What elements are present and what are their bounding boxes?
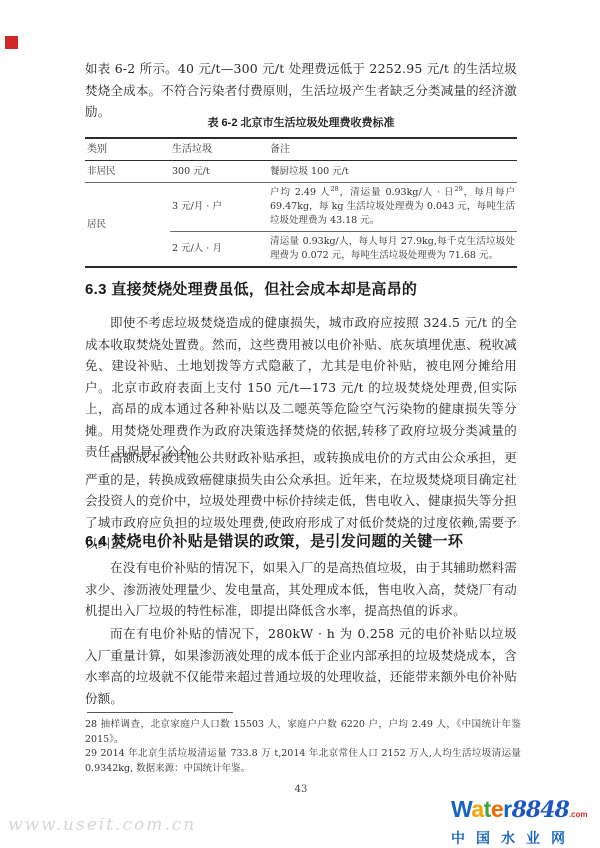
logo-letter: e [491, 796, 503, 822]
section-6-3-paragraph-1: 即使不考虑垃圾焚烧造成的健康损失，城市政府应按照 324.5 元/t 的全成本收… [85, 312, 517, 463]
logo-wordmark: Water8848.com [451, 797, 593, 827]
cell-note: 餐厨垃圾 100 元/t [268, 161, 517, 183]
document-page: 如表 6-2 所示。40 元/t—300 元/t 处理费远低于 2252.95 … [0, 0, 600, 848]
note-text: ，清运量 0.93kg/人 · 日 [339, 187, 455, 198]
watermark-useit: www.useit.com.cn [8, 815, 196, 835]
logo-letter: t [484, 796, 491, 822]
page-number: 43 [85, 784, 517, 795]
logo-tld: .com [569, 810, 588, 819]
cell-fee: 2 元/人 · 月 [170, 232, 268, 268]
cell-category: 居民 [85, 183, 170, 268]
section-6-4-heading: 6.4 焚烧电价补贴是错误的政策，是引发问题的关键一环 [85, 530, 525, 551]
table-row: 非居民 300 元/t 餐厨垃圾 100 元/t [85, 161, 517, 183]
logo-letter: W [451, 796, 471, 822]
footnote-separator [87, 712, 233, 713]
section-6-4-paragraph-1: 在没有电价补贴的情况下，如果入厂的是高热值垃圾，由于其辅助燃料需求少、渗沥液处理… [85, 557, 517, 622]
col-header-note: 备注 [268, 138, 517, 161]
logo-letter: a [471, 796, 483, 822]
cell-note: 清运量 0.93kg/人，每人每月 27.9kg,每千克生活垃圾处理费为 0.0… [268, 232, 517, 268]
table-row: 居民 3 元/月 · 户 户均 2.49 人28，清运量 0.93kg/人 · … [85, 183, 517, 232]
footnote-28: 28 抽样调查，北京家庭户人口数 15503 人，家庭户户数 6220 户，户均… [85, 718, 521, 747]
table-caption: 表 6-2 北京市生活垃圾处理费收费标准 [85, 114, 517, 130]
table-header-row: 类别 生活垃圾 备注 [85, 138, 517, 161]
cell-category: 非居民 [85, 161, 170, 183]
logo-letter: r [503, 796, 511, 822]
cell-note: 户均 2.49 人28，清运量 0.93kg/人 · 日29，每月每户 69.4… [268, 183, 517, 232]
footnote-29: 29 2014 年北京生活垃圾清运量 733.8 万 t,2014 年北京常住人… [85, 747, 521, 776]
note-text: 户均 2.49 人 [270, 187, 330, 198]
section-6-3-heading: 6.3 直接焚烧处理费虽低，但社会成本却是高昂的 [85, 278, 525, 299]
section-6-4-paragraph-2: 而在有电价补贴的情况下，280kW · h 为 0.258 元的电价补贴以垃圾入… [85, 623, 517, 709]
cell-fee: 300 元/t [170, 161, 268, 183]
col-header-category: 类别 [85, 138, 170, 161]
red-marker-icon [5, 36, 18, 49]
footnotes: 28 抽样调查，北京家庭户人口数 15503 人，家庭户户数 6220 户，户均… [85, 718, 521, 776]
footnote-ref-28: 28 [330, 185, 338, 193]
col-header-fee: 生活垃圾 [170, 138, 268, 161]
intro-paragraph: 如表 6-2 所示。40 元/t—300 元/t 处理费远低于 2252.95 … [85, 58, 517, 123]
logo-subtitle: 中国水业网 [451, 828, 593, 848]
fee-table: 类别 生活垃圾 备注 非居民 300 元/t 餐厨垃圾 100 元/t 居民 3… [85, 137, 517, 268]
cell-fee: 3 元/月 · 户 [170, 183, 268, 232]
water8848-logo: Water8848.com 中国水业网 [451, 797, 593, 848]
footnote-ref-29: 29 [454, 185, 462, 193]
logo-number: 8848 [512, 797, 569, 823]
